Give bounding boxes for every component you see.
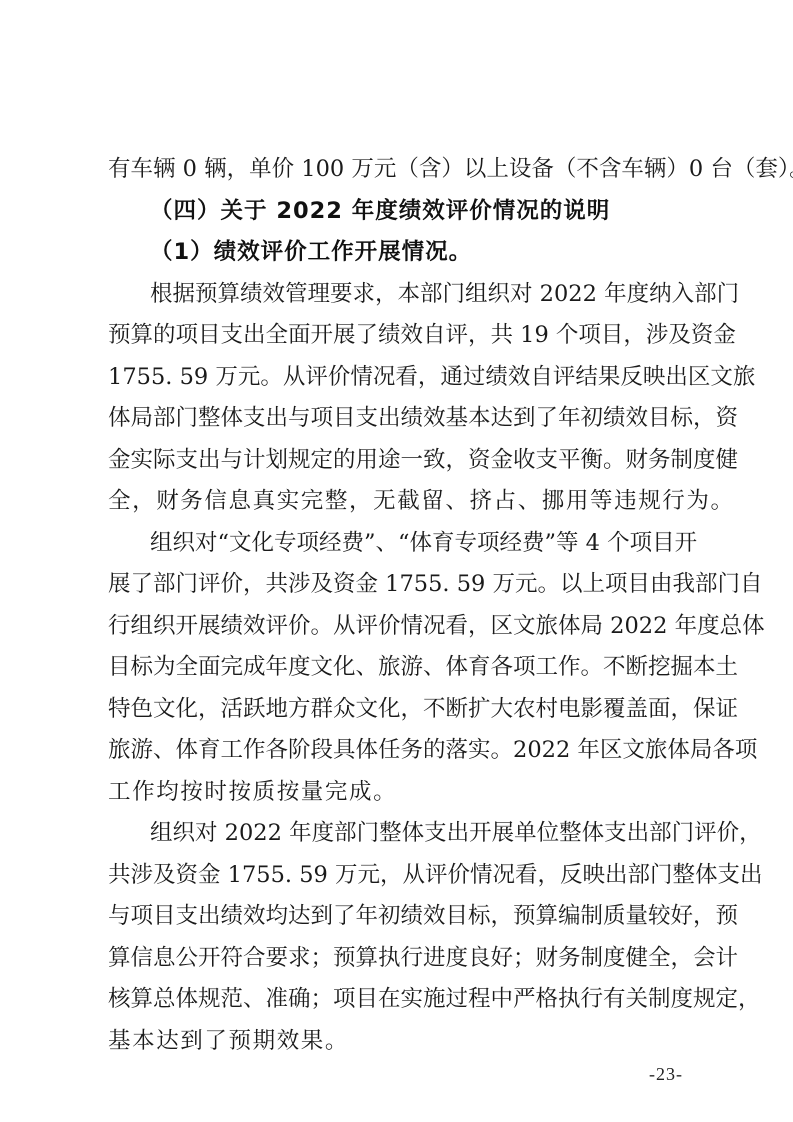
paragraph-1-line-5: 金实际支出与计划规定的用途一致，资金收支平衡。财务制度健 — [108, 443, 692, 477]
paragraph-1-line-2: 预算的项目支出全面开展了绩效自评，共 19 个项目，涉及资金 — [108, 318, 692, 352]
paragraph-2-line-1: 组织对“文化专项经费”、“体育专项经费”等 4 个项目开 — [150, 526, 692, 560]
paragraph-2-line-6: 旅游、体育工作各阶段具体任务的落实。2022 年区文旅体局各项 — [108, 733, 692, 767]
paragraph-1-line-3: 1755. 59 万元。从评价情况看，通过绩效自评结果反映出区文旅 — [108, 360, 692, 394]
paragraph-2-line-3: 行组织开展绩效评价。从评价情况看，区文旅体局 2022 年度总体 — [108, 609, 692, 643]
paragraph-1-line-6: 全，财务信息真实完整，无截留、挤占、挪用等违规行为。 — [108, 484, 692, 518]
paragraph-1-line-1: 根据预算绩效管理要求，本部门组织对 2022 年度纳入部门 — [150, 277, 692, 311]
section-heading: （四）关于 2022 年度绩效评价情况的说明 — [150, 194, 692, 228]
paragraph-3-line-4: 算信息公开符合要求；预算执行进度良好；财务制度健全，会计 — [108, 941, 692, 975]
paragraph-3-line-2: 共涉及资金 1755. 59 万元，从评价情况看，反映出部门整体支出 — [108, 858, 692, 892]
paragraph-3-line-3: 与项目支出绩效均达到了年初绩效目标，预算编制质量较好，预 — [108, 899, 692, 933]
paragraph-2-line-5: 特色文化，活跃地方群众文化，不断扩大农村电影覆盖面，保证 — [108, 692, 692, 726]
paragraph-3-line-6: 基本达到了预期效果。 — [108, 1024, 692, 1058]
paragraph-1-line-4: 体局部门整体支出与项目支出绩效基本达到了年初绩效目标，资 — [108, 401, 692, 435]
paragraph-3-line-1: 组织对 2022 年度部门整体支出开展单位整体支出部门评价， — [150, 816, 692, 850]
paragraph-2-line-2: 展了部门评价，共涉及资金 1755. 59 万元。以上项目由我部门自 — [108, 567, 692, 601]
document-page: 有车辆 0 辆，单价 100 万元（含）以上设备（不含车辆）0 台（套）。 （四… — [0, 0, 793, 1122]
page-number: -23- — [649, 1064, 683, 1085]
subsection-heading: （1）绩效评价工作开展情况。 — [150, 235, 692, 269]
text-line-continuation: 有车辆 0 辆，单价 100 万元（含）以上设备（不含车辆）0 台（套）。 — [108, 152, 692, 186]
paragraph-2-line-4: 目标为全面完成年度文化、旅游、体育各项工作。不断挖掘本土 — [108, 650, 692, 684]
paragraph-2-line-7: 工作均按时按质按量完成。 — [108, 775, 692, 809]
paragraph-3-line-5: 核算总体规范、准确；项目在实施过程中严格执行有关制度规定， — [108, 982, 692, 1016]
